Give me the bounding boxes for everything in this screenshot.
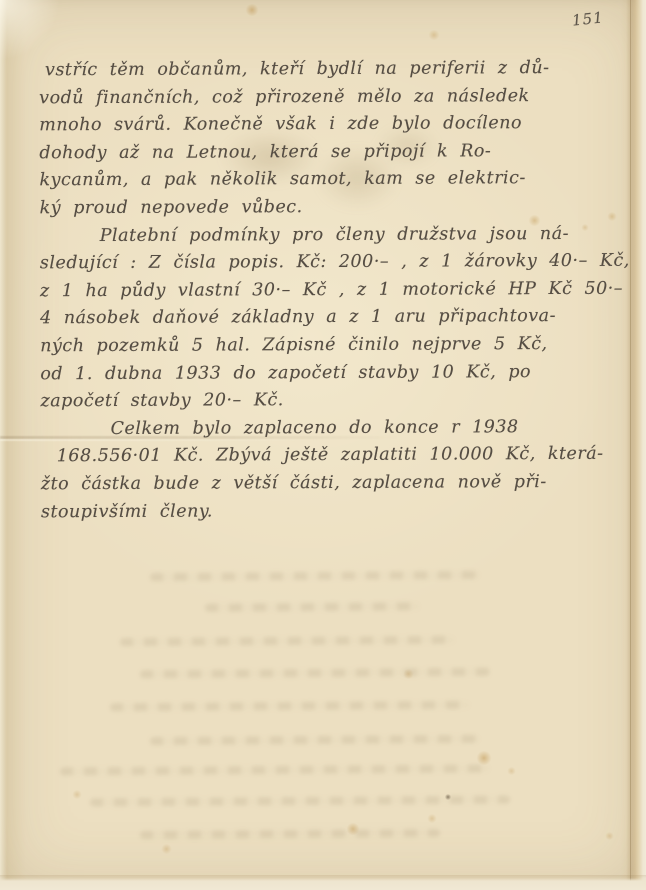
manuscript-line: mnoho svárů. Konečně však i zde bylo doc… (39, 110, 621, 140)
manuscript-line: stoupivšími členy. (41, 496, 623, 526)
left-page-edge (0, 0, 7, 890)
manuscript-line: ných pozemků 5 hal. Zápisné činilo nejpr… (40, 331, 622, 361)
bleedthrough-smudge (205, 602, 420, 612)
manuscript-line: Platební podmínky pro členy družstva jso… (100, 220, 622, 250)
bottom-page-edge (0, 875, 646, 890)
handwritten-text-block: vstříc těm občanům, kteří bydlí na perif… (39, 55, 623, 527)
manuscript-line: vodů finančních, což přirozeně mělo za n… (39, 82, 621, 112)
manuscript-line: vstříc těm občanům, kteří bydlí na perif… (45, 55, 621, 85)
manuscript-line: započetí stavby 20·– Kč. (40, 386, 622, 416)
page-number: 151 (571, 8, 604, 29)
manuscript-line: dohody až na Letnou, která se připojí k … (39, 138, 621, 168)
manuscript-line: žto částka bude z větší části, zaplacena… (41, 469, 623, 499)
top-left-corner-highlight (0, 0, 60, 60)
manuscript-line: 4 násobek daňové základny a z 1 aru přip… (40, 303, 622, 333)
manuscript-line: Celkem bylo zaplaceno do konce r 1938 (111, 413, 623, 443)
manuscript-line: ký proud nepovede vůbec. (40, 193, 622, 223)
right-page-edge-line (630, 0, 631, 890)
right-page-edge (626, 0, 646, 890)
manuscript-photo: { "page": { "number": "151", "lines": [ … (0, 0, 646, 890)
manuscript-line: z 1 ha půdy vlastní 30·– Kč , z 1 motori… (40, 275, 622, 305)
manuscript-line: kycanům, a pak několik samot, kam se ele… (39, 165, 621, 195)
manuscript-line: sledující : Z čísla popis. Kč: 200·– , z… (40, 248, 622, 278)
manuscript-line: 168.556·01 Kč. Zbývá ještě zaplatiti 10.… (57, 441, 623, 471)
manuscript-line: od 1. dubna 1933 do započetí stavby 10 K… (40, 358, 622, 388)
